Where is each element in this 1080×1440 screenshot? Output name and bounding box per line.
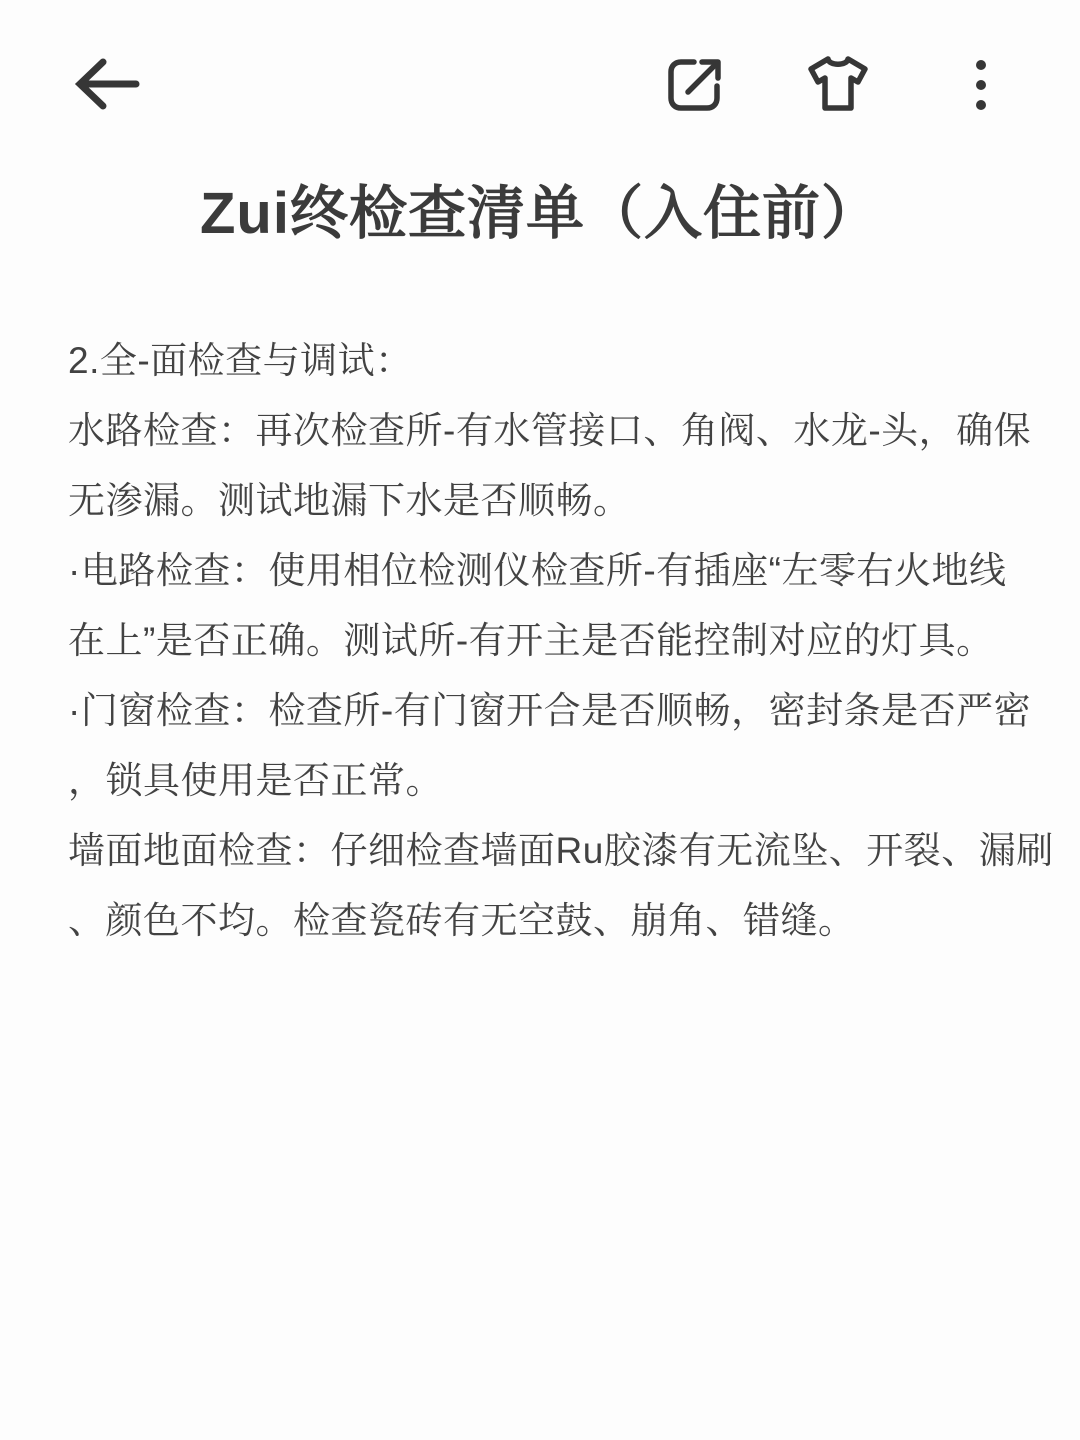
more-icon — [968, 54, 994, 116]
note-title: Zui终检查清单（入住前） — [0, 166, 1080, 250]
shirt-button[interactable] — [804, 50, 872, 118]
note-text-line: 2.全-面检查与调试： — [68, 326, 1012, 396]
note-text-line: 无渗漏。测试地漏下水是否顺畅。 — [68, 466, 1012, 536]
share-button[interactable] — [664, 54, 726, 116]
note-text-line: ·电路检查：使用相位检测仪检查所-有插座“左零右火地线 — [68, 536, 1012, 606]
note-text-line: 水路检查：再次检查所-有水管接口、角阀、水龙-头，确保 — [68, 396, 1012, 466]
note-text-line: ，锁具使用是否正常。 — [68, 746, 1012, 816]
note-body: 2.全-面检查与调试： 水路检查：再次检查所-有水管接口、角阀、水龙-头，确保 … — [0, 326, 1080, 956]
more-menu-button[interactable] — [968, 54, 994, 116]
shirt-icon — [804, 50, 872, 118]
back-button[interactable] — [72, 56, 142, 112]
note-text-line: 、颜色不均。检查瓷砖有无空鼓、崩角、错缝。 — [68, 886, 1012, 956]
note-text-line: 在上”是否正确。测试所-有开主是否能控制对应的灯具。 — [68, 606, 1012, 676]
top-app-bar — [0, 0, 1080, 130]
back-arrow-icon — [72, 56, 142, 112]
share-icon — [664, 54, 726, 116]
note-text-line: 墙面地面检查：仔细检查墙面Ru胶漆有无流坠、开裂、漏刷 — [68, 816, 1012, 886]
note-text-line: ·门窗检查：检查所-有门窗开合是否顺畅，密封条是否严密 — [68, 676, 1012, 746]
